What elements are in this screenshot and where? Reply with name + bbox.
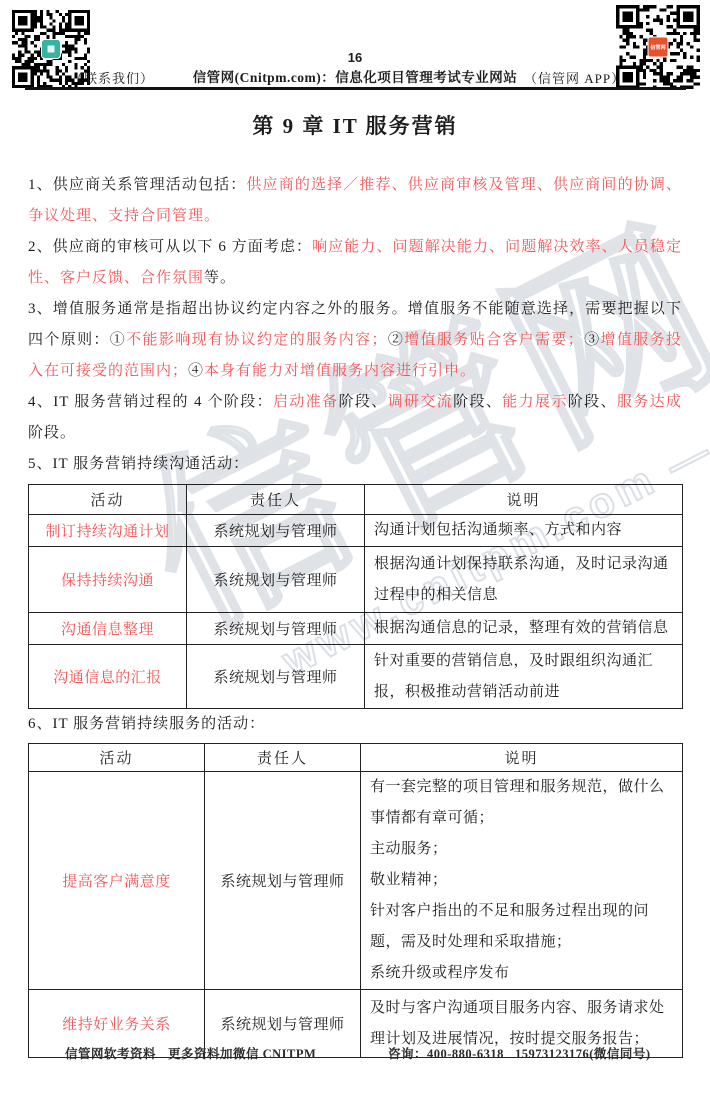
cell-description: 沟通计划包括沟通频率、方式和内容 xyxy=(365,515,683,547)
paragraph-supplier-activities: 1、供应商关系管理活动包括：供应商的选择／推荐、供应商审核及管理、供应商间的协调… xyxy=(28,170,682,232)
body-text: 阶段、 xyxy=(453,394,502,410)
paragraph-table1-intro: 5、IT 服务营销持续沟通活动： xyxy=(28,449,682,480)
footer-wechat-label: 更多资料加微信 CNITPM xyxy=(168,1044,316,1062)
cell-owner: 系统规划与管理师 xyxy=(187,645,365,709)
paragraph-marketing-stages: 4、IT 服务营销过程的 4 个阶段：启动准备阶段、调研交流阶段、能力展示阶段、… xyxy=(28,387,682,449)
footer-consult-phone: 咨询：400-880-6318 xyxy=(388,1044,504,1062)
table-row: 保持持续沟通 系统规划与管理师 根据沟通计划保持联系沟通，及时记录沟通过程中的相… xyxy=(29,547,683,613)
column-header-activity: 活动 xyxy=(29,744,205,772)
footer-brand-label: 信管网软考资料 xyxy=(65,1044,156,1062)
highlight-text: 不能影响现有协议约定的服务内容； xyxy=(126,332,387,348)
highlight-text: 能力展示 xyxy=(502,394,567,410)
cell-owner: 系统规划与管理师 xyxy=(187,547,365,613)
page-footer: 信管网软考资料 更多资料加微信 CNITPM 咨询：400-880-6318 1… xyxy=(0,1044,710,1064)
highlight-text: 增值服务贴合客户需要； xyxy=(404,332,584,348)
cell-activity: 制订持续沟通计划 xyxy=(29,515,187,547)
cell-description: 针对重要的营销信息，及时跟组织沟通汇报，积极推动营销活动前进 xyxy=(365,645,683,709)
body-text: 阶段、 xyxy=(568,394,617,410)
document-page: 信管网 www.cnitpm.com — 信管网 （联系我们） 16 信管网(C… xyxy=(0,0,710,1114)
column-header-owner: 责任人 xyxy=(187,485,365,515)
cell-activity: 沟通信息的汇报 xyxy=(29,645,187,709)
cell-owner: 系统规划与管理师 xyxy=(187,613,365,645)
body-text: ④ xyxy=(188,363,204,379)
cell-activity: 提高客户满意度 xyxy=(29,772,205,990)
cell-activity: 保持持续沟通 xyxy=(29,547,187,613)
table-row: 提高客户满意度 系统规划与管理师 有一套完整的项目管理和服务规范，做什么事情都有… xyxy=(29,772,683,990)
table-row: 制订持续沟通计划 系统规划与管理师 沟通计划包括沟通频率、方式和内容 xyxy=(29,515,683,547)
table-row: 沟通信息的汇报 系统规划与管理师 针对重要的营销信息，及时跟组织沟通汇报，积极推… xyxy=(29,645,683,709)
body-text: ② xyxy=(388,332,405,348)
cell-owner: 系统规划与管理师 xyxy=(205,772,361,990)
body-text: 2、供应商的审核可从以下 6 方面考虑： xyxy=(28,239,312,255)
column-header-owner: 责任人 xyxy=(205,744,361,772)
highlight-text: 启动准备 xyxy=(273,394,338,410)
cell-description: 根据沟通信息的记录，整理有效的营销信息 xyxy=(365,613,683,645)
page-number: 16 xyxy=(0,50,710,65)
column-header-description: 说明 xyxy=(365,485,683,515)
highlight-text: 本身有能力对增值服务内容进行引申。 xyxy=(204,363,476,379)
column-header-description: 说明 xyxy=(361,744,683,772)
body-text: 4、IT 服务营销过程的 4 个阶段： xyxy=(28,394,273,410)
paragraph-supplier-audit: 2、供应商的审核可从以下 6 方面考虑：响应能力、问题解决能力、问题解决效率、人… xyxy=(28,232,682,294)
table-header-row: 活动 责任人 说明 xyxy=(29,485,683,515)
table-row: 沟通信息整理 系统规划与管理师 根据沟通信息的记录，整理有效的营销信息 xyxy=(29,613,683,645)
continuous-communication-table: 活动 责任人 说明 制订持续沟通计划 系统规划与管理师 沟通计划包括沟通频率、方… xyxy=(28,484,683,709)
cell-owner: 系统规划与管理师 xyxy=(187,515,365,547)
body-text: 阶段、 xyxy=(339,394,388,410)
chapter-title: 第 9 章 IT 服务营销 xyxy=(0,110,710,140)
footer-mobile-phone: 15973123176(微信同号) xyxy=(515,1044,651,1062)
header-app-label: （信管网 APP） xyxy=(524,68,625,87)
body-text: 6、IT 服务营销持续服务的活动： xyxy=(28,716,265,732)
body-text: 5、IT 服务营销持续沟通活动： xyxy=(28,456,249,472)
body-text: 阶段。 xyxy=(28,425,76,441)
continuous-service-table: 活动 责任人 说明 提高客户满意度 系统规划与管理师 有一套完整的项目管理和服务… xyxy=(28,743,683,1058)
cell-description: 根据沟通计划保持联系沟通，及时记录沟通过程中的相关信息 xyxy=(365,547,683,613)
paragraph-value-added-service: 3、增值服务通常是指超出协议约定内容之外的服务。增值服务不能随意选择，需要把握以… xyxy=(28,294,682,387)
paragraph-table2-intro: 6、IT 服务营销持续服务的活动： xyxy=(28,709,682,740)
column-header-activity: 活动 xyxy=(29,485,187,515)
table-header-row: 活动 责任人 说明 xyxy=(29,744,683,772)
body-text: 1、供应商关系管理活动包括： xyxy=(28,177,246,193)
cell-description: 有一套完整的项目管理和服务规范，做什么事情都有章可循； 主动服务； 敬业精神； … xyxy=(361,772,683,990)
document-body: 1、供应商关系管理活动包括：供应商的选择／推荐、供应商审核及管理、供应商间的协调… xyxy=(28,170,682,1058)
highlight-text: 调研交流 xyxy=(388,394,453,410)
header-divider-rule xyxy=(25,87,686,90)
body-text: ③ xyxy=(584,332,601,348)
body-text: 等。 xyxy=(204,270,236,286)
highlight-text: 服务达成 xyxy=(617,394,682,410)
cell-activity: 沟通信息整理 xyxy=(29,613,187,645)
